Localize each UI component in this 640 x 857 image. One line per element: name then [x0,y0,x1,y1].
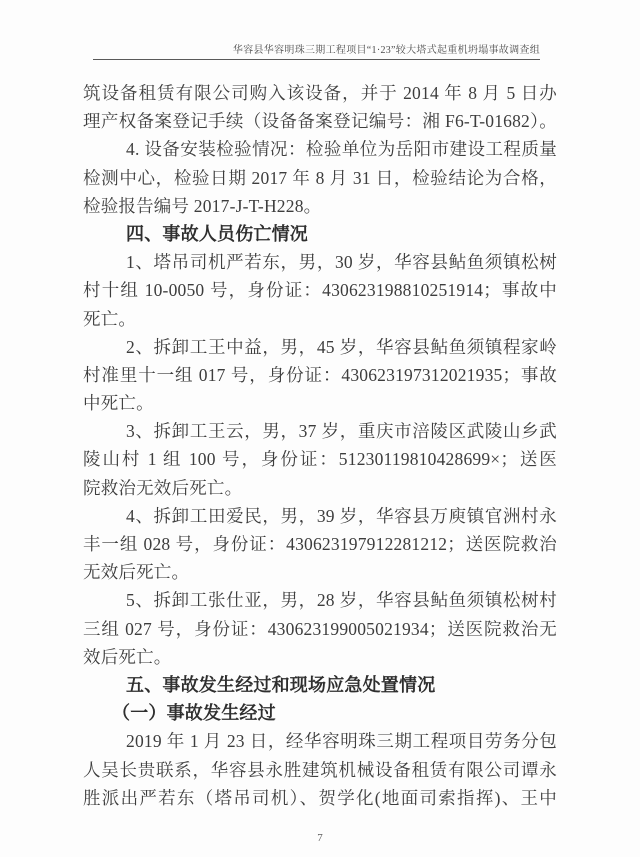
document-page: 华容县华容明珠三期工程项目“1·23”较大塔式起重机坍塌事故调查组 筑设备租赁有… [0,0,640,857]
text-line: 人吴长贵联系，华容县永胜建筑机械设备租赁有限公司谭永 [83,756,557,784]
text-line: 三组 027 号，身份证：430623199005021934；送医院救治无 [83,615,557,643]
text-line: 3、拆卸工王云，男，37 岁，重庆市涪陵区武陵山乡武 [83,417,557,445]
text-line: 无效后死亡。 [83,558,557,586]
text-line: 1、塔吊司机严若东，男，30 岁，华容县鲇鱼须镇松树 [83,248,557,276]
text-line: 中死亡。 [83,389,557,417]
text-line: 检验报告编号 2017-J-T-H228。 [83,192,557,220]
text-line: 检测中心，检验日期 2017 年 8 月 31 日，检验结论为合格， [83,164,557,192]
page-footer: 7 [0,828,640,846]
section-heading: 五、事故发生经过和现场应急处置情况 [83,671,557,699]
text-line: 筑设备租赁有限公司购入该设备，并于 2014 年 8 月 5 日办 [83,79,557,107]
text-line: 理产权备案登记手续（设备备案登记编号：湘 F6-T-01682）。 [83,107,557,135]
text-line: 5、拆卸工张仕亚，男，28 岁，华容县鲇鱼须镇松树村 [83,586,557,614]
text-line: 丰一组 028 号，身份证：430623197912281212；送医院救治 [83,530,557,558]
section-heading: （一）事故发生经过 [83,699,557,727]
page-header: 华容县华容明珠三期工程项目“1·23”较大塔式起重机坍塌事故调查组 [93,41,540,60]
text-line: 陵山村 1 组 100 号，身份证：51230119810428699×；送医 [83,445,557,473]
text-line: 院救治无效后死亡。 [83,474,557,502]
text-line: 村准里十一组 017 号，身份证：430623197312021935；事故 [83,361,557,389]
text-line: 2、拆卸工王中益，男，45 岁，华容县鲇鱼须镇程家岭 [83,333,557,361]
document-body: 筑设备租赁有限公司购入该设备，并于 2014 年 8 月 5 日办理产权备案登记… [83,79,557,812]
text-line: 4、拆卸工田爱民，男，39 岁，华容县万庾镇官洲村永 [83,502,557,530]
text-line: 死亡。 [83,305,557,333]
header-title: 华容县华容明珠三期工程项目“1·23”较大塔式起重机坍塌事故调查组 [93,41,540,56]
section-heading: 四、事故人员伤亡情况 [83,220,557,248]
page-number: 7 [317,832,323,844]
text-line: 胜派出严若东（塔吊司机）、贺学化(地面司索指挥)、王中 [83,784,557,812]
text-line: 2019 年 1 月 23 日，经华容明珠三期工程项目劳务分包 [83,727,557,755]
text-line: 村十组 10-0050 号，身份证：430623198810251914；事故中 [83,276,557,304]
text-line: 效后死亡。 [83,643,557,671]
text-line: 4. 设备安装检验情况：检验单位为岳阳市建设工程质量 [83,135,557,163]
